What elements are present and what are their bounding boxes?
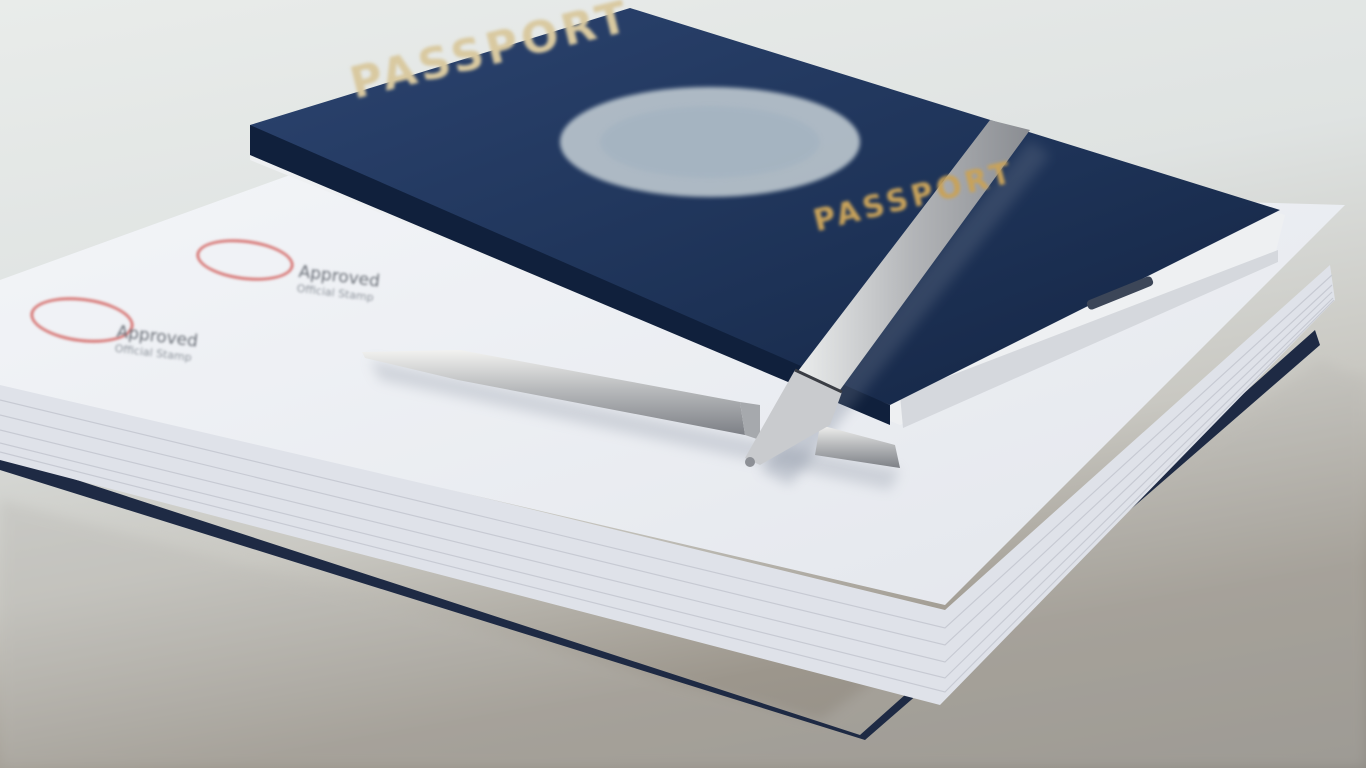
photo-scene: PASSPORT PASSPORT Approved Official Stam…: [0, 0, 1366, 768]
scene-illustration: [0, 0, 1366, 768]
